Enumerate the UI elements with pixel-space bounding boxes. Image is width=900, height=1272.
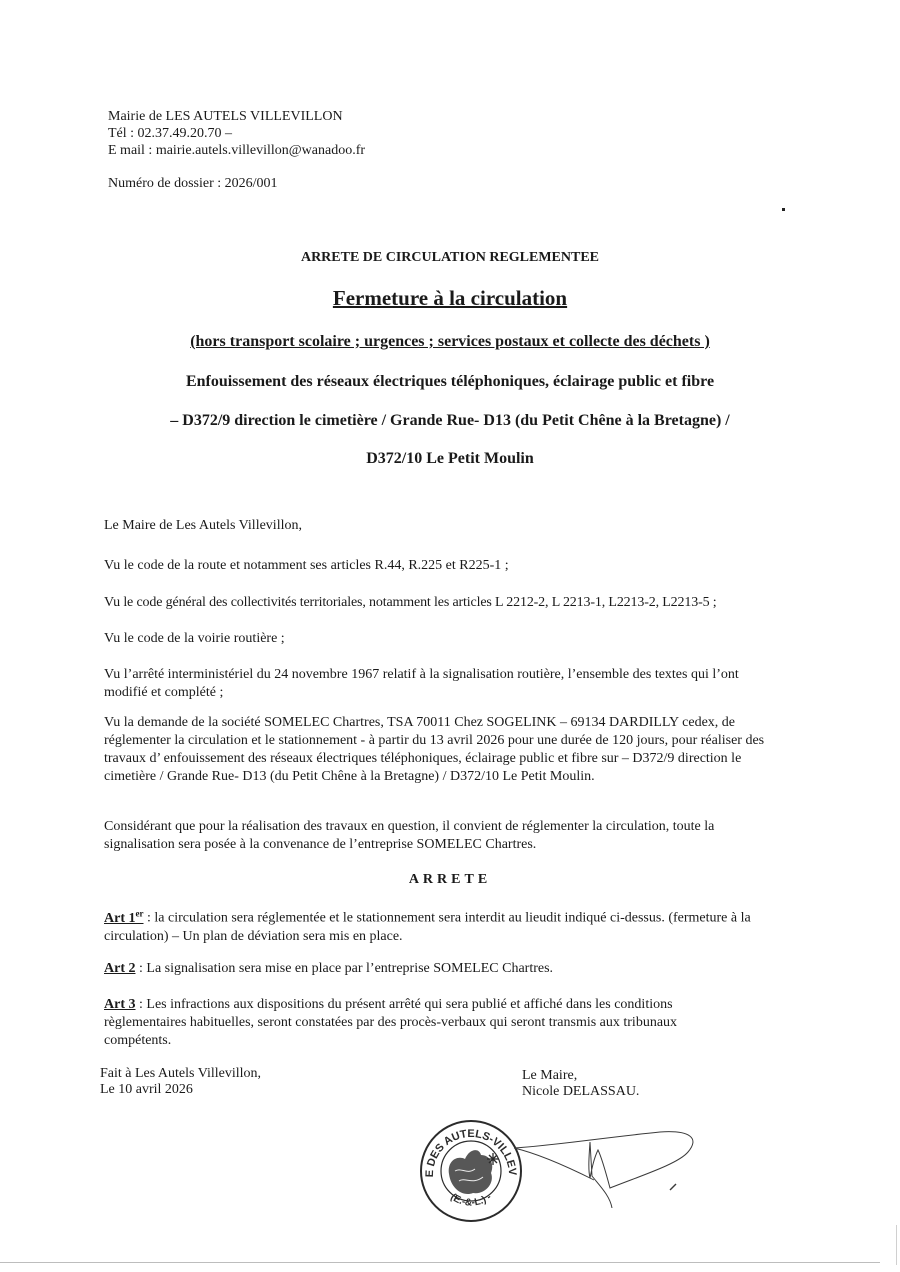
vu-voirie: Vu le code de la voirie routière ; (104, 630, 794, 648)
svg-text:(E.-&-L.) -: (E.-&-L.) - (448, 1192, 493, 1209)
scan-edge-right (896, 1225, 897, 1265)
signatory: Le Maire, Nicole DELASSAU. (522, 1068, 639, 1100)
mairie-name: Mairie de LES AUTELS VILLEVILLON (108, 108, 365, 125)
arrete-type-heading: ARRETE DE CIRCULATION REGLEMENTEE (0, 250, 900, 266)
dossier-number: Numéro de dossier : 2026/001 (108, 176, 278, 192)
article-3: Art 3 : Les infractions aux dispositions… (104, 996, 724, 1050)
considerant-paragraph: Considérant que pour la réalisation des … (104, 818, 769, 854)
letterhead: Mairie de LES AUTELS VILLEVILLON Tél : 0… (108, 108, 365, 159)
vu-cgct: Vu le code général des collectivités ter… (104, 594, 794, 612)
subject-line-2: – D372/9 direction le cimetière / Grande… (0, 412, 900, 430)
exceptions-line: (hors transport scolaire ; urgences ; se… (0, 333, 900, 351)
signature-date: Le 10 avril 2026 (100, 1082, 261, 1098)
article-1: Art 1er : la circulation sera réglementé… (104, 904, 794, 946)
vu-arrete-interministeriel: Vu l’arrêté interministériel du 24 novem… (104, 666, 764, 702)
signatory-name: Nicole DELASSAU. (522, 1084, 639, 1100)
fait-a: Fait à Les Autels Villevillon, (100, 1066, 261, 1082)
article-1-text: : la circulation sera réglementée et le … (104, 911, 751, 944)
scan-speck (782, 208, 785, 211)
article-3-label: Art 3 (104, 997, 136, 1012)
subject-line-1: Enfouissement des réseaux électriques té… (0, 373, 900, 391)
arrete-heading: ARRETE (0, 872, 900, 888)
signatory-role: Le Maire, (522, 1068, 639, 1084)
article-2-label: Art 2 (104, 961, 136, 976)
article-2: Art 2 : La signalisation sera mise en pl… (104, 960, 794, 978)
main-title: Fermeture à la circulation (0, 286, 900, 311)
article-1-label: Art 1er (104, 911, 144, 926)
article-3-text: : Les infractions aux dispositions du pr… (104, 997, 677, 1048)
scan-edge-bottom (0, 1262, 880, 1263)
main-title-text: Fermeture à la circulation (333, 286, 567, 310)
subject-line-3: D372/10 Le Petit Moulin (0, 450, 900, 468)
article-2-text: : La signalisation sera mise en place pa… (136, 961, 554, 976)
place-and-date: Fait à Les Autels Villevillon, Le 10 avr… (100, 1066, 261, 1098)
intro-paragraph: Le Maire de Les Autels Villevillon, (104, 517, 794, 535)
phone-number: Tél : 02.37.49.20.70 – (108, 125, 365, 142)
vu-demande: Vu la demande de la société SOMELEC Char… (104, 714, 794, 786)
email-address: E mail : mairie.autels.villevillon@wanad… (108, 142, 365, 159)
exceptions-text: (hors transport scolaire ; urgences ; se… (190, 333, 710, 350)
municipal-seal-icon: MAIRIE DES AUTELS-VILLEVILLON (E.-&-L.) … (419, 1119, 523, 1223)
mayor-signature (510, 1128, 700, 1208)
vu-code-route: Vu le code de la route et notamment ses … (104, 557, 794, 575)
